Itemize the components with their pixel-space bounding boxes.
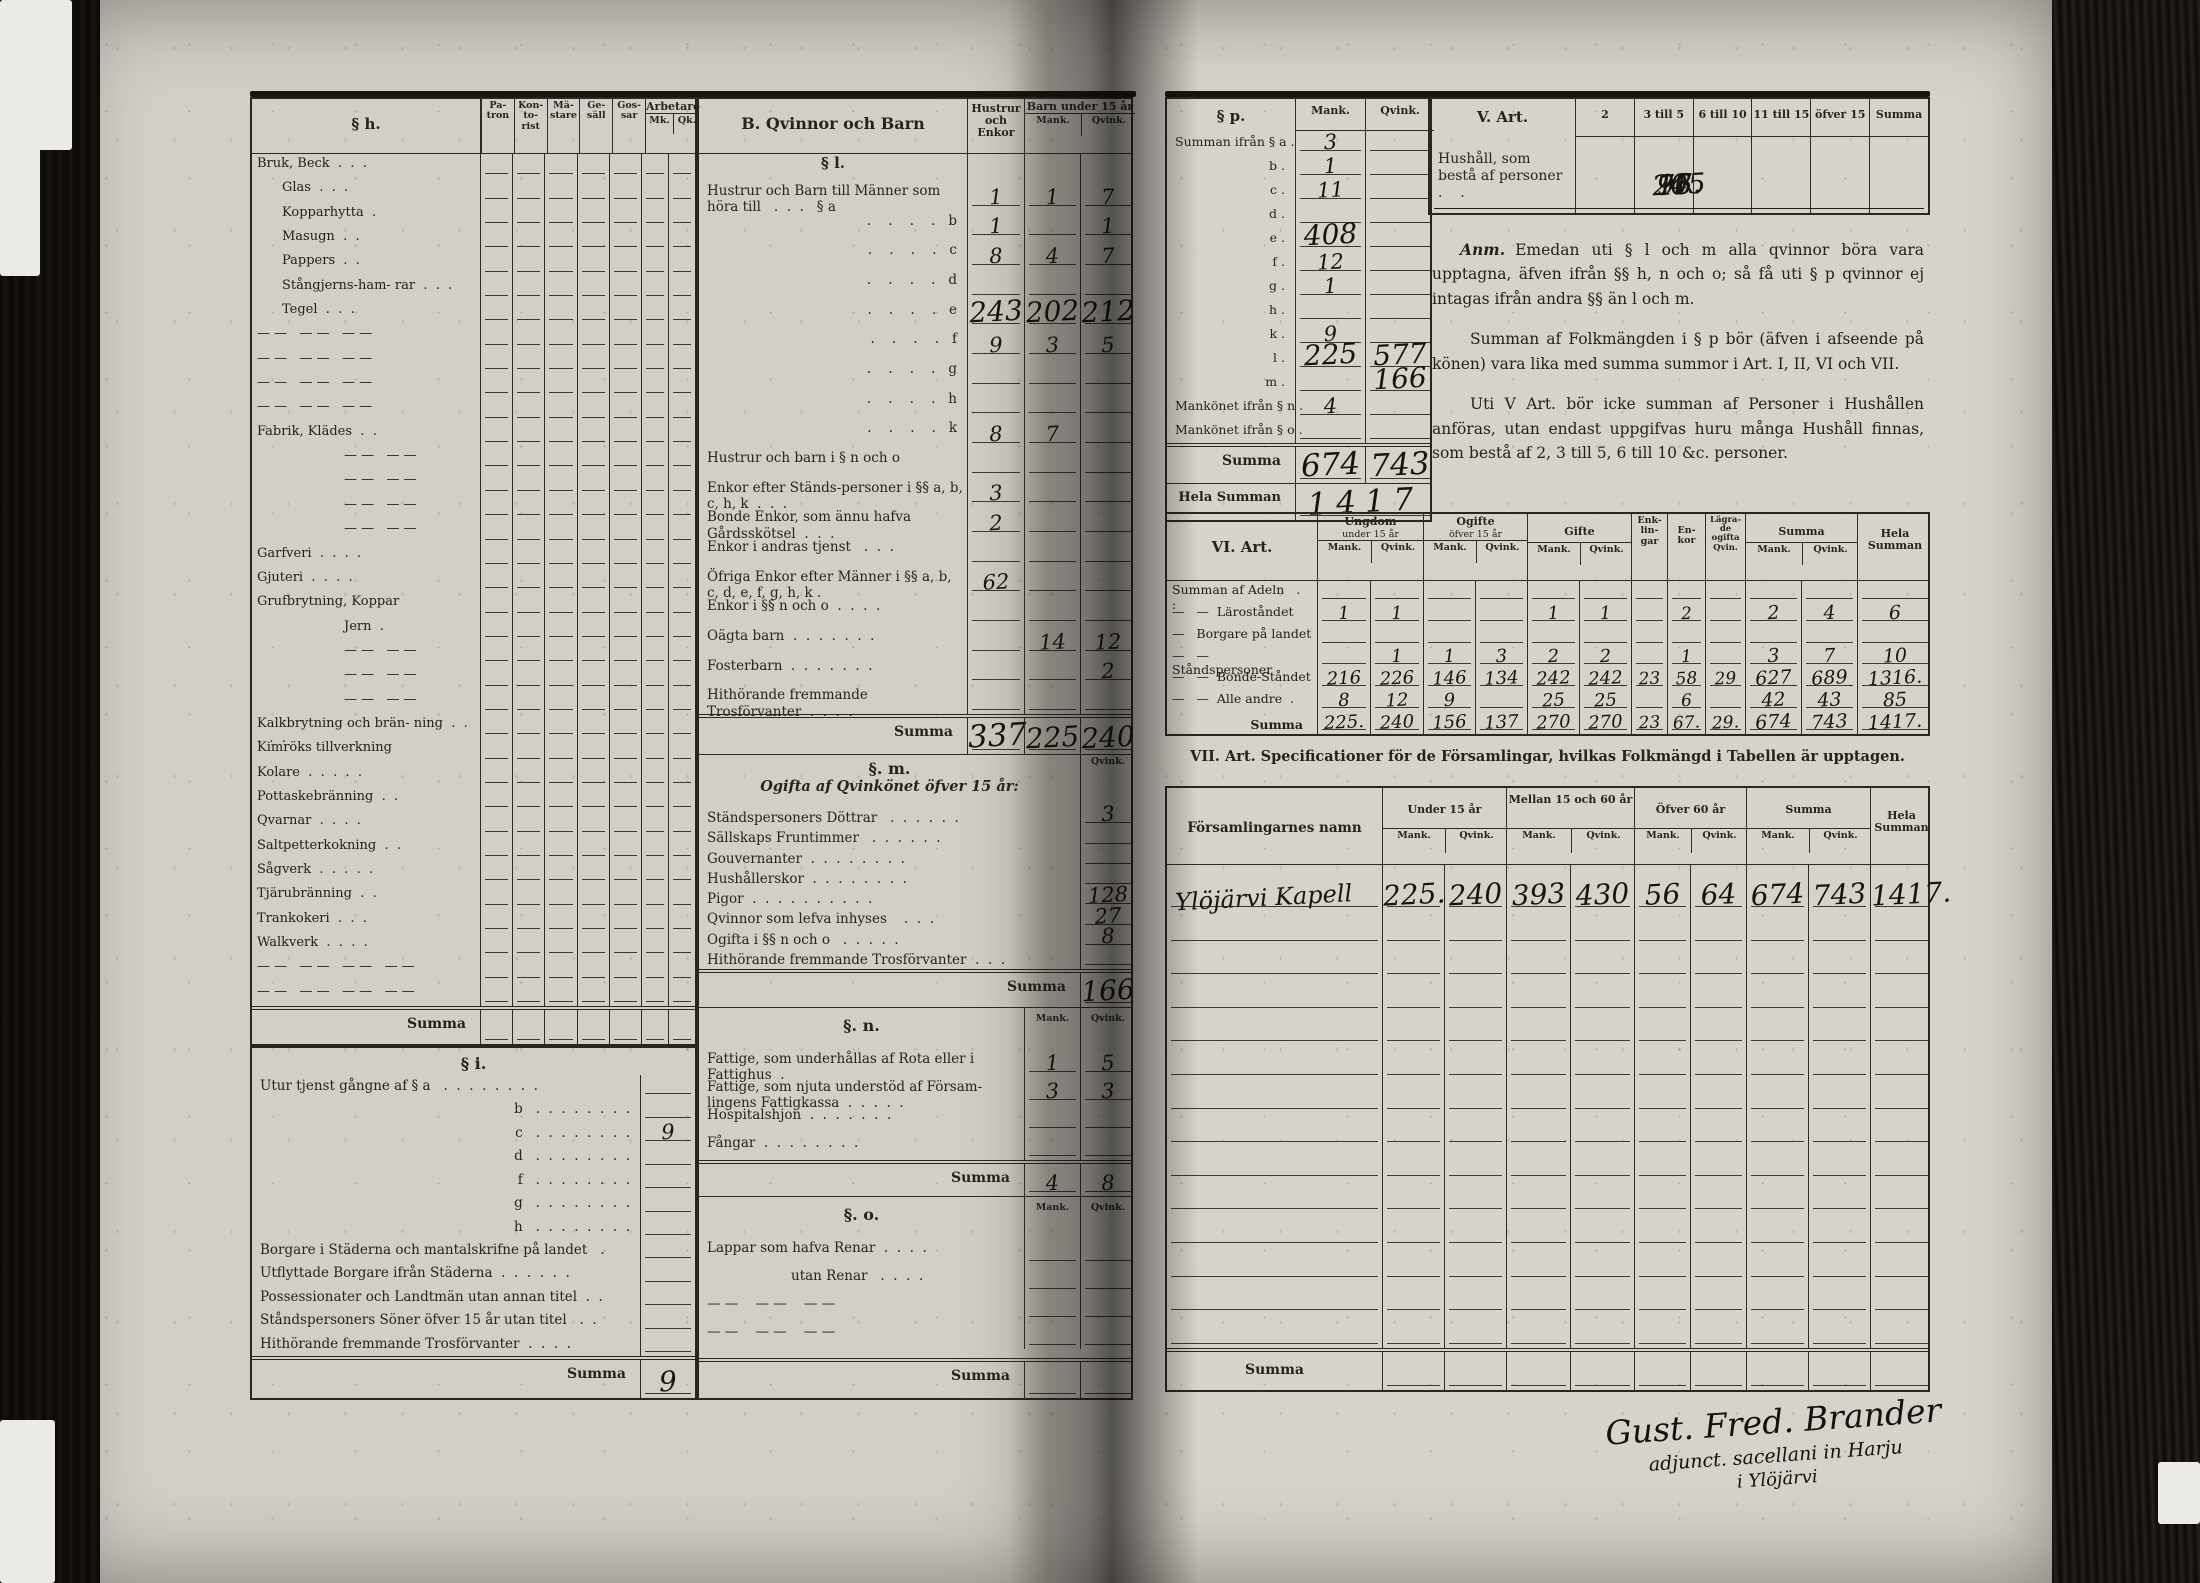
empty-cell xyxy=(1808,945,1870,979)
empty-cell xyxy=(1570,1012,1634,1046)
trade-cell xyxy=(544,373,576,397)
trade-cell xyxy=(609,397,641,421)
section-i-row: d . . . . . . . . xyxy=(252,1145,695,1168)
trade-cell xyxy=(480,276,512,300)
empty-cell xyxy=(1746,911,1808,945)
empty-cell xyxy=(1167,945,1382,979)
vii-art-entry-row: Ylöjärvi Kapell 225. 240 393 430 56 64 6… xyxy=(1167,865,1928,911)
row-label: Bonde Enkor, som ännu hafva Gårdsskötsel… xyxy=(699,506,967,536)
ogifte-sub: öfver 15 år xyxy=(1424,528,1527,541)
row-label: . . . . e xyxy=(699,299,967,329)
gifte-header: Gifte xyxy=(1528,514,1631,543)
vii-art-empty-row xyxy=(1167,1314,1928,1348)
gifte-mank: 242 xyxy=(1527,668,1579,690)
qvink-value xyxy=(1365,251,1434,275)
trade-cell xyxy=(544,470,576,494)
summa-qvink: 743 xyxy=(1808,865,1870,911)
hela-summan-value xyxy=(1857,581,1932,603)
trade-cell-mk xyxy=(641,227,668,251)
trade-cell-qk xyxy=(668,470,695,494)
section-i-row: g . . . . . . . . xyxy=(252,1192,695,1215)
trade-cell xyxy=(480,154,512,178)
mank-value: 4 xyxy=(1295,395,1365,419)
trade-cell xyxy=(544,154,576,178)
summa-qvink: 743 xyxy=(1365,447,1434,483)
trade-cell-mk xyxy=(641,714,668,738)
trade-cell-qk xyxy=(668,738,695,762)
trade-cell-mk xyxy=(641,787,668,811)
lagrade-value: 29 xyxy=(1705,668,1745,690)
mank-value: 12 xyxy=(1295,251,1365,275)
trade-label: — — — — — — — — xyxy=(252,957,480,981)
trade-cell xyxy=(609,860,641,884)
vi-art-row: — — Ståndspersoner 1 1 3 2 2 1 3 7 10 xyxy=(1167,647,1928,669)
trade-cell xyxy=(512,641,544,665)
summa-qvink: 7 xyxy=(1801,647,1857,669)
trade-label: Glas . . . xyxy=(252,178,480,202)
trade-row: Kalkbrytning och brän- ning . . . . . xyxy=(252,714,695,738)
mellan-qvink: 430 xyxy=(1570,865,1634,911)
trade-cell xyxy=(480,909,512,933)
empty-cell xyxy=(1746,945,1808,979)
trade-cell xyxy=(577,982,609,1006)
trade-cell xyxy=(480,397,512,421)
trade-cell xyxy=(544,227,576,251)
gifte-qvink: 270 xyxy=(1579,712,1631,734)
section-h-header: § h. Pa- tron Kon- to- rist Mä- stare Ge… xyxy=(252,99,695,154)
trade-cell xyxy=(609,738,641,762)
trade-cell-qk xyxy=(668,519,695,543)
empty-cell xyxy=(1746,1247,1808,1281)
trade-cell-qk xyxy=(668,787,695,811)
trade-cell-qk xyxy=(668,324,695,348)
trade-cell xyxy=(609,884,641,908)
empty-cell xyxy=(1870,945,1932,979)
worker-column-header: Mä- stare xyxy=(547,99,580,153)
summa-mank: 2 xyxy=(1745,603,1801,625)
empty-cell xyxy=(1382,1045,1444,1079)
trade-cell xyxy=(544,714,576,738)
trade-cell xyxy=(512,884,544,908)
empty-cell xyxy=(1444,978,1506,1012)
trade-cell xyxy=(577,203,609,227)
vii-art-empty-row xyxy=(1167,1113,1928,1147)
trade-cell xyxy=(480,617,512,641)
trade-cell-mk xyxy=(641,203,668,227)
empty-cell xyxy=(1570,1213,1634,1247)
trade-label: Trankokeri . . . xyxy=(252,909,480,933)
trade-label: — — — — — — xyxy=(252,349,480,373)
section-p-row: Summan ifrån § a . 3 xyxy=(1167,131,1430,155)
trade-label: — — — — xyxy=(252,519,480,543)
empty-cell xyxy=(1746,1079,1808,1113)
section-h-title: § h. xyxy=(252,99,480,153)
vii-art-empty-row xyxy=(1167,1247,1928,1281)
qvink-header: Qvink. xyxy=(1371,541,1424,563)
trade-cell-mk xyxy=(641,470,668,494)
enkor-value xyxy=(1667,581,1705,603)
trade-row: — — — — — — — — xyxy=(252,957,695,981)
trade-cell xyxy=(544,811,576,835)
book-edge-right xyxy=(2052,0,2200,1583)
empty-cell xyxy=(1634,1146,1690,1180)
enkor-header: En- kor xyxy=(1667,514,1705,580)
name-column-header: Församlingarnes namn xyxy=(1167,788,1382,864)
empty-cell xyxy=(1382,1314,1444,1348)
section-i-summa-row: Summa 9 xyxy=(252,1356,695,1398)
trade-cell xyxy=(544,324,576,348)
v-art-column-header: 6 till 10 xyxy=(1693,99,1752,137)
gifte-qvink: 2 xyxy=(1579,647,1631,669)
trade-cell-qk xyxy=(668,544,695,568)
enklingar-value xyxy=(1631,647,1667,669)
lagrade-value xyxy=(1705,625,1745,647)
trade-cell xyxy=(544,276,576,300)
trade-label: Kalkbrytning och brän- ning . . . . . xyxy=(252,714,480,738)
ogifte-mank: 9 xyxy=(1423,690,1475,712)
trade-cell xyxy=(512,519,544,543)
trade-cell-qk xyxy=(668,617,695,641)
vii-art-title: VII. Art. Specificationer för de Församl… xyxy=(1165,748,1930,765)
trade-cell xyxy=(512,300,544,324)
trade-cell-mk xyxy=(641,324,668,348)
trade-cell-mk xyxy=(641,836,668,860)
lagrade-value: 29. xyxy=(1705,712,1745,734)
empty-cell xyxy=(1808,1045,1870,1079)
section-p-row: g . 1 xyxy=(1167,275,1430,299)
trade-cell xyxy=(577,836,609,860)
empty-cell xyxy=(1506,1012,1570,1046)
summa-cell xyxy=(1444,1352,1506,1390)
book-gutter xyxy=(1008,0,1198,1583)
empty-cell xyxy=(1382,945,1444,979)
trade-row: Gjuteri . . . . xyxy=(252,568,695,592)
trade-row: Jern . xyxy=(252,617,695,641)
trade-cell-mk xyxy=(641,811,668,835)
empty-cell xyxy=(1167,1012,1382,1046)
summa-cell xyxy=(1808,1352,1870,1390)
vi-art-row: — — Läroståndet 1 1 1 1 2 2 4 6 xyxy=(1167,603,1928,625)
trade-cell-mk xyxy=(641,495,668,519)
empty-cell xyxy=(1808,978,1870,1012)
enklingar-header: Enk- lin- gar xyxy=(1631,514,1667,580)
trade-cell-qk xyxy=(668,690,695,714)
empty-cell xyxy=(1634,1213,1690,1247)
trade-cell-mk xyxy=(641,276,668,300)
empty-cell xyxy=(1690,1180,1746,1214)
trade-cell xyxy=(609,422,641,446)
ungdom-qvink: 1 xyxy=(1370,647,1423,669)
trade-cell xyxy=(609,763,641,787)
hela-summan-value: 1316. xyxy=(1857,668,1932,690)
section-i-row: c . . . . . . . . 9 xyxy=(252,1122,695,1145)
trade-cell xyxy=(577,495,609,519)
under15-qvink: 240 xyxy=(1444,865,1506,911)
trade-row: — — — — xyxy=(252,690,695,714)
trade-cell xyxy=(512,470,544,494)
trade-label: Qvarnar . . . . xyxy=(252,811,480,835)
trade-cell xyxy=(577,690,609,714)
row-label: . . . . b xyxy=(699,210,967,240)
trade-cell xyxy=(609,178,641,202)
trade-cell-mk xyxy=(641,373,668,397)
trade-label: Pappers . . xyxy=(252,251,480,275)
row-value xyxy=(640,1286,695,1309)
hela-summan-value xyxy=(1857,625,1932,647)
section-i-rows: Utur tjenst gångne af § a . . . . . . . … xyxy=(252,1075,695,1356)
summa-qvink xyxy=(1801,625,1857,647)
paper-edge-highlight xyxy=(0,1420,55,1583)
section-i-table: § i. Utur tjenst gångne af § a . . . . .… xyxy=(250,1046,697,1400)
trade-cell xyxy=(609,544,641,568)
trade-cell xyxy=(512,957,544,981)
lagrade-value xyxy=(1705,690,1745,712)
trade-row: — — — — xyxy=(252,495,695,519)
trade-cell xyxy=(609,373,641,397)
paper-edge-highlight xyxy=(2158,1462,2200,1524)
empty-cell xyxy=(1746,1146,1808,1180)
trade-cell xyxy=(544,568,576,592)
enkor-value: 6 xyxy=(1667,690,1705,712)
summa-mank: 3 xyxy=(1745,647,1801,669)
empty-cell xyxy=(1382,1281,1444,1315)
summa-qvink: 743 xyxy=(1801,712,1857,734)
trade-cell-mk xyxy=(641,519,668,543)
trade-cell xyxy=(577,178,609,202)
anm-paragraph: Summan af Folkmängden i § p bör (äfven i… xyxy=(1432,327,1924,376)
empty-cell xyxy=(1570,978,1634,1012)
trade-row: — — — — xyxy=(252,519,695,543)
qvink-value xyxy=(1365,227,1434,251)
trade-cell-qk xyxy=(668,933,695,957)
section-i-row: f . . . . . . . . xyxy=(252,1169,695,1192)
empty-cell xyxy=(1690,1314,1746,1348)
empty-cell xyxy=(1746,1113,1808,1147)
trade-cell xyxy=(577,568,609,592)
trade-cell xyxy=(544,860,576,884)
worker-column-header: Ge- säll xyxy=(579,99,612,153)
trade-cell xyxy=(480,592,512,616)
trade-row: Kimröks tillverkning xyxy=(252,738,695,762)
summa-mank xyxy=(1745,581,1801,603)
ungdom-mank xyxy=(1317,581,1370,603)
empty-cell xyxy=(1870,911,1932,945)
vii-art-summa-row: Summa xyxy=(1167,1348,1928,1390)
trade-row: Glas . . . xyxy=(252,178,695,202)
trade-cell xyxy=(512,714,544,738)
section-p-row: h . xyxy=(1167,299,1430,323)
trade-cell xyxy=(512,251,544,275)
trade-label: — — — — — — xyxy=(252,324,480,348)
ungdom-mank xyxy=(1317,625,1370,647)
trade-cell xyxy=(544,349,576,373)
trade-cell xyxy=(577,811,609,835)
empty-cell xyxy=(1506,1180,1570,1214)
anm-lead: Anm. xyxy=(1460,240,1505,259)
empty-cell xyxy=(1690,945,1746,979)
trade-cell xyxy=(577,470,609,494)
ogifte-qvink xyxy=(1475,690,1527,712)
gifte-mank: 25 xyxy=(1527,690,1579,712)
empty-cell xyxy=(1570,945,1634,979)
empty-cell xyxy=(1167,1281,1382,1315)
empty-cell xyxy=(1690,978,1746,1012)
ungdom-qvink: 12 xyxy=(1370,690,1423,712)
lagrade-header: Lägra- de ogifta Qvin. xyxy=(1705,514,1745,580)
section-p-row: c . 11 xyxy=(1167,179,1430,203)
worker-columns: Pa- tron Kon- to- rist Mä- stare Ge- säl… xyxy=(480,99,645,153)
empty-cell xyxy=(1167,1213,1382,1247)
trade-cell-qk xyxy=(668,665,695,689)
ogifte-mank xyxy=(1423,581,1475,603)
trade-cell xyxy=(512,617,544,641)
trade-cell xyxy=(577,617,609,641)
section-p-row: f . 12 xyxy=(1167,251,1430,275)
trade-cell-mk xyxy=(641,544,668,568)
vii-art-empty-row xyxy=(1167,1146,1928,1180)
row-label: Enkor i §§ n och o . . . . xyxy=(699,595,967,625)
trade-cell xyxy=(544,957,576,981)
empty-cell xyxy=(1634,1012,1690,1046)
trade-cell xyxy=(480,982,512,1006)
trade-cell xyxy=(512,665,544,689)
empty-cell xyxy=(1444,911,1506,945)
empty-cell xyxy=(1570,1079,1634,1113)
empty-cell xyxy=(1690,1146,1746,1180)
mank-header: Mank. xyxy=(1507,829,1571,853)
empty-cell xyxy=(1506,911,1570,945)
paper-edge-highlight xyxy=(0,0,72,150)
trade-row: — — — — — — xyxy=(252,373,695,397)
vii-art-empty-rows xyxy=(1167,911,1928,1348)
empty-cell xyxy=(1870,1146,1932,1180)
empty-cell xyxy=(1808,1012,1870,1046)
trade-label: Kopparhytta . xyxy=(252,203,480,227)
vi-art-row: — — Bonde-Ståndet 216 226 146 134 242 24… xyxy=(1167,668,1928,690)
trade-cell xyxy=(480,641,512,665)
trade-cell xyxy=(544,251,576,275)
trade-cell xyxy=(512,276,544,300)
trade-label: Fabrik, Klädes . . xyxy=(252,422,480,446)
trade-label: — — — — xyxy=(252,641,480,665)
trade-cell xyxy=(480,470,512,494)
ogifte-mank xyxy=(1423,603,1475,625)
trade-cell xyxy=(577,763,609,787)
trade-cell xyxy=(480,227,512,251)
trade-cell xyxy=(480,568,512,592)
parish-name: Ylöjärvi Kapell xyxy=(1167,865,1382,911)
row-label: Ståndspersoners Söner öfver 15 år utan t… xyxy=(252,1309,640,1332)
trade-cell xyxy=(577,154,609,178)
ungdom-mank: 225. xyxy=(1317,712,1370,734)
row-label: Hustrur och Barn till Männer som höra ti… xyxy=(699,180,967,210)
trade-cell-mk xyxy=(641,884,668,908)
row-value xyxy=(640,1216,695,1239)
trade-cell xyxy=(512,836,544,860)
ofver60-qvink: 64 xyxy=(1690,865,1746,911)
trade-label: Stångjerns-ham- rar . . . xyxy=(252,276,480,300)
qvinnor-title: B. Qvinnor och Barn xyxy=(699,99,967,153)
trade-cell xyxy=(577,738,609,762)
empty-cell xyxy=(1808,1213,1870,1247)
row-label: d . . . . . . . . xyxy=(252,1145,640,1168)
trade-label: Masugn . . xyxy=(252,227,480,251)
trade-row: — — — — xyxy=(252,641,695,665)
trade-cell-qk xyxy=(668,982,695,1006)
hela-summan-value: 1417. xyxy=(1857,712,1932,734)
trade-cell xyxy=(577,397,609,421)
trade-row: Trankokeri . . . xyxy=(252,909,695,933)
row-label: . . . . d xyxy=(699,269,967,299)
enklingar-value xyxy=(1631,690,1667,712)
empty-cell xyxy=(1634,1281,1690,1315)
trade-cell xyxy=(480,519,512,543)
ofver-60-group: Öfver 60 år Mank. Qvink. xyxy=(1634,788,1746,864)
trade-cell xyxy=(512,422,544,446)
trade-cell xyxy=(544,909,576,933)
trade-cell xyxy=(577,349,609,373)
ogifte-header: Ogifte xyxy=(1424,514,1527,528)
trade-cell xyxy=(577,276,609,300)
empty-cell xyxy=(1444,1281,1506,1315)
trade-cell xyxy=(577,933,609,957)
trade-cell-mk xyxy=(641,568,668,592)
trade-cell xyxy=(609,933,641,957)
vi-art-rows: Summan af Adeln . : — — Lä xyxy=(1167,581,1928,734)
qvink-header: Qvink. xyxy=(1571,829,1635,853)
empty-cell xyxy=(1870,1213,1932,1247)
trade-cell-mk xyxy=(641,909,668,933)
empty-cell xyxy=(1570,1146,1634,1180)
book-scan: § h. Pa- tron Kon- to- rist Mä- stare Ge… xyxy=(0,0,2200,1583)
gifte-group: Gifte Mank. Qvink. xyxy=(1527,514,1631,580)
trade-cell-mk xyxy=(641,617,668,641)
ofver60-mank: 56 xyxy=(1634,865,1690,911)
empty-cell xyxy=(1382,1113,1444,1147)
trade-row: Garfveri . . . . xyxy=(252,544,695,568)
trade-row: Pottaskebränning . . xyxy=(252,787,695,811)
trade-cell xyxy=(512,860,544,884)
trade-cell xyxy=(544,763,576,787)
section-p-row: b . 1 xyxy=(1167,155,1430,179)
trade-row: Walkverk . . . . xyxy=(252,933,695,957)
trade-cell xyxy=(609,568,641,592)
summa-cell xyxy=(609,1010,641,1044)
section-p-row: m . 166 xyxy=(1167,371,1430,395)
v-art-title: V. Art. xyxy=(1430,99,1575,137)
gifte-qvink xyxy=(1579,581,1631,603)
trade-row: Pappers . . xyxy=(252,251,695,275)
trade-cell xyxy=(577,665,609,689)
trade-cell xyxy=(512,933,544,957)
summa-mank: 42 xyxy=(1745,690,1801,712)
section-h-table: § h. Pa- tron Kon- to- rist Mä- stare Ge… xyxy=(250,97,697,1046)
vii-art-empty-row xyxy=(1167,945,1928,979)
vii-art-table: Församlingarnes namn Under 15 år Mank. Q… xyxy=(1165,786,1930,1392)
summa-cell xyxy=(1870,1352,1932,1390)
trade-cell xyxy=(480,665,512,689)
empty-cell xyxy=(1746,978,1808,1012)
vii-art-empty-row xyxy=(1167,1180,1928,1214)
section-i-row: h . . . . . . . . xyxy=(252,1216,695,1239)
empty-cell xyxy=(1444,1045,1506,1079)
ogifte-mank xyxy=(1423,625,1475,647)
empty-cell xyxy=(1746,1314,1808,1348)
trade-row: — — — — — — — — xyxy=(252,982,695,1006)
trade-cell xyxy=(609,909,641,933)
empty-cell xyxy=(1808,1180,1870,1214)
summa-cell xyxy=(1506,1352,1570,1390)
